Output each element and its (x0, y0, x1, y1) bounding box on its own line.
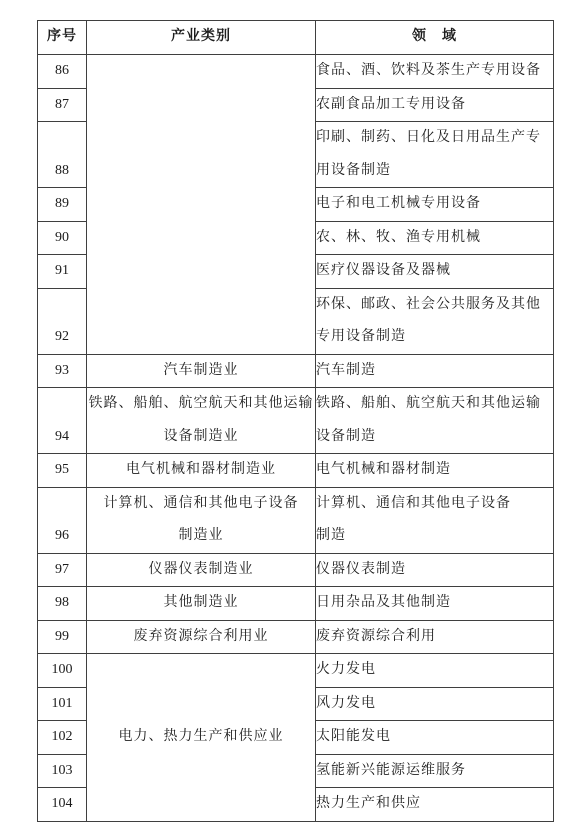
category-cell (87, 55, 316, 355)
header-field: 领 域 (316, 21, 554, 55)
category-cell: 计算机、通信和其他电子设备 制造业 (87, 487, 316, 553)
field-cell: 风力发电 (316, 687, 554, 721)
field-cell: 热力生产和供应 (316, 788, 554, 822)
row-number-cell: 99 (38, 620, 87, 654)
field-cell: 印刷、制药、日化及日用品生产专 用设备制造 (316, 122, 554, 188)
industry-table: 序号 产业类别 领 域 86食品、酒、饮料及茶生产专用设备87农副食品加工专用设… (37, 20, 554, 822)
field-cell: 铁路、船舶、航空航天和其他运输 设备制造 (316, 388, 554, 454)
table-row: 96计算机、通信和其他电子设备 制造业计算机、通信和其他电子设备 制造 (38, 487, 554, 553)
row-number-cell: 98 (38, 587, 87, 621)
table-row: 93汽车制造业汽车制造 (38, 354, 554, 388)
field-cell: 食品、酒、饮料及茶生产专用设备 (316, 55, 554, 89)
field-cell: 电子和电工机械专用设备 (316, 188, 554, 222)
category-cell: 铁路、船舶、航空航天和其他运输 设备制造业 (87, 388, 316, 454)
category-cell: 其他制造业 (87, 587, 316, 621)
table-body: 86食品、酒、饮料及茶生产专用设备87农副食品加工专用设备88印刷、制药、日化及… (38, 55, 554, 822)
category-cell: 电力、热力生产和供应业 (87, 654, 316, 822)
table-row: 100电力、热力生产和供应业火力发电 (38, 654, 554, 688)
field-cell: 太阳能发电 (316, 721, 554, 755)
category-cell: 仪器仪表制造业 (87, 553, 316, 587)
document-page: 序号 产业类别 领 域 86食品、酒、饮料及茶生产专用设备87农副食品加工专用设… (0, 0, 570, 832)
row-number-cell: 102 (38, 721, 87, 755)
field-cell: 氢能新兴能源运维服务 (316, 754, 554, 788)
table-row: 86食品、酒、饮料及茶生产专用设备 (38, 55, 554, 89)
field-cell: 医疗仪器设备及器械 (316, 255, 554, 289)
field-cell: 环保、邮政、社会公共服务及其他 专用设备制造 (316, 288, 554, 354)
field-cell: 汽车制造 (316, 354, 554, 388)
category-cell: 废弃资源综合利用业 (87, 620, 316, 654)
row-number-cell: 93 (38, 354, 87, 388)
row-number-cell: 100 (38, 654, 87, 688)
row-number-cell: 90 (38, 221, 87, 255)
row-number-cell: 91 (38, 255, 87, 289)
header-no: 序号 (38, 21, 87, 55)
row-number-cell: 94 (38, 388, 87, 454)
row-number-cell: 95 (38, 454, 87, 488)
table-row: 98其他制造业日用杂品及其他制造 (38, 587, 554, 621)
field-cell: 废弃资源综合利用 (316, 620, 554, 654)
row-number-cell: 104 (38, 788, 87, 822)
table-row: 94铁路、船舶、航空航天和其他运输 设备制造业铁路、船舶、航空航天和其他运输 设… (38, 388, 554, 454)
row-number-cell: 87 (38, 88, 87, 122)
field-cell: 农副食品加工专用设备 (316, 88, 554, 122)
field-cell: 农、林、牧、渔专用机械 (316, 221, 554, 255)
field-cell: 火力发电 (316, 654, 554, 688)
table-row: 99废弃资源综合利用业废弃资源综合利用 (38, 620, 554, 654)
table-row: 97仪器仪表制造业仪器仪表制造 (38, 553, 554, 587)
row-number-cell: 88 (38, 122, 87, 188)
table-row: 95电气机械和器材制造业电气机械和器材制造 (38, 454, 554, 488)
header-row: 序号 产业类别 领 域 (38, 21, 554, 55)
category-cell: 电气机械和器材制造业 (87, 454, 316, 488)
row-number-cell: 86 (38, 55, 87, 89)
row-number-cell: 101 (38, 687, 87, 721)
field-cell: 电气机械和器材制造 (316, 454, 554, 488)
category-cell: 汽车制造业 (87, 354, 316, 388)
field-cell: 日用杂品及其他制造 (316, 587, 554, 621)
field-cell: 仪器仪表制造 (316, 553, 554, 587)
field-cell: 计算机、通信和其他电子设备 制造 (316, 487, 554, 553)
row-number-cell: 92 (38, 288, 87, 354)
row-number-cell: 97 (38, 553, 87, 587)
row-number-cell: 96 (38, 487, 87, 553)
header-category: 产业类别 (87, 21, 316, 55)
row-number-cell: 103 (38, 754, 87, 788)
row-number-cell: 89 (38, 188, 87, 222)
